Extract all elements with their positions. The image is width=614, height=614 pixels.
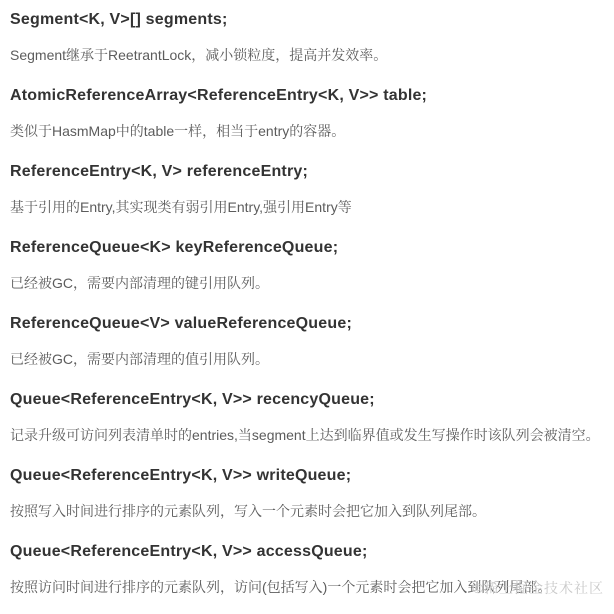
field-sections-list: Segment<K, V>[] segments; Segment继承于Reet… bbox=[10, 8, 604, 598]
field-declaration-heading: AtomicReferenceArray<ReferenceEntry<K, V… bbox=[10, 84, 604, 107]
field-section: ReferenceQueue<K> keyReferenceQueue; 已经被… bbox=[10, 236, 604, 294]
field-description: 记录升级可访问列表清单时的entries,当segment上达到临界值或发生写操… bbox=[10, 424, 604, 446]
field-declaration-heading: Queue<ReferenceEntry<K, V>> recencyQueue… bbox=[10, 388, 604, 411]
field-section: Queue<ReferenceEntry<K, V>> accessQueue;… bbox=[10, 540, 604, 598]
field-description: 已经被GC，需要内部清理的键引用队列。 bbox=[10, 272, 604, 294]
field-section: ReferenceEntry<K, V> referenceEntry; 基于引… bbox=[10, 160, 604, 218]
field-declaration-heading: Queue<ReferenceEntry<K, V>> writeQueue; bbox=[10, 464, 604, 487]
article-body: Segment<K, V>[] segments; Segment继承于Reet… bbox=[0, 0, 614, 614]
field-section: Queue<ReferenceEntry<K, V>> recencyQueue… bbox=[10, 388, 604, 446]
field-description: 按照访问时间进行排序的元素队列，访问(包括写入)一个元素时会把它加入到队列尾部。 bbox=[10, 576, 604, 598]
field-declaration-heading: ReferenceQueue<K> keyReferenceQueue; bbox=[10, 236, 604, 259]
field-declaration-heading: ReferenceQueue<V> valueReferenceQueue; bbox=[10, 312, 604, 335]
field-description: 已经被GC，需要内部清理的值引用队列。 bbox=[10, 348, 604, 370]
field-declaration-heading: ReferenceEntry<K, V> referenceEntry; bbox=[10, 160, 604, 183]
field-section: Segment<K, V>[] segments; Segment继承于Reet… bbox=[10, 8, 604, 66]
field-declaration-heading: Segment<K, V>[] segments; bbox=[10, 8, 604, 31]
field-section: AtomicReferenceArray<ReferenceEntry<K, V… bbox=[10, 84, 604, 142]
field-declaration-heading: Queue<ReferenceEntry<K, V>> accessQueue; bbox=[10, 540, 604, 563]
field-section: ReferenceQueue<V> valueReferenceQueue; 已… bbox=[10, 312, 604, 370]
field-section: Queue<ReferenceEntry<K, V>> writeQueue; … bbox=[10, 464, 604, 522]
field-description: 类似于HasmMap中的table一样，相当于entry的容器。 bbox=[10, 120, 604, 142]
field-description: Segment继承于ReetrantLock，减小锁粒度，提高并发效率。 bbox=[10, 44, 604, 66]
field-description: 按照写入时间进行排序的元素队列，写入一个元素时会把它加入到队列尾部。 bbox=[10, 500, 604, 522]
field-description: 基于引用的Entry,其实现类有弱引用Entry,强引用Entry等 bbox=[10, 196, 604, 218]
